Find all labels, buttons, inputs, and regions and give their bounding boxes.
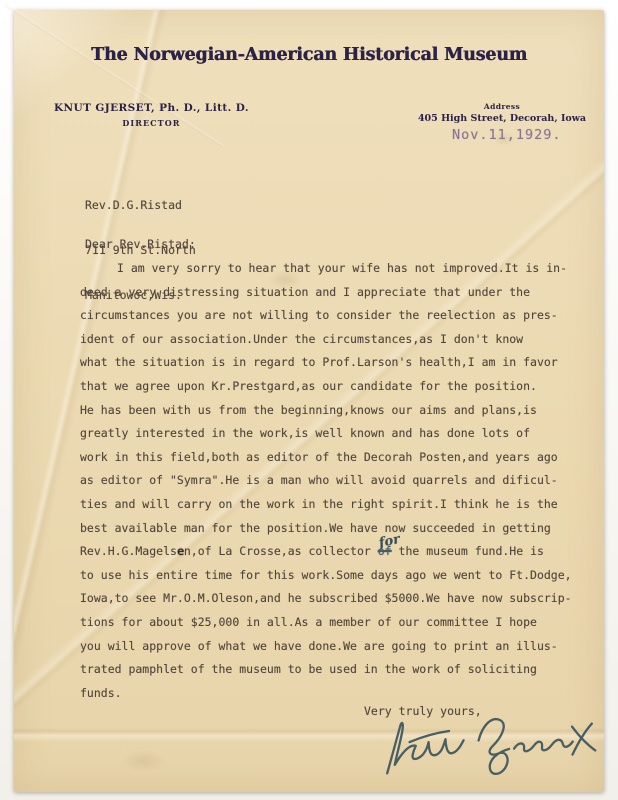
director-block: KNUT GJERSET, Ph. D., Litt. D. DIRECTOR [54,102,249,128]
line-text: the museum fund.He is [392,544,544,558]
body-line: that we agree upon Kr.Prestgard,as our c… [80,375,580,399]
recipient-line: Rev.D.G.Ristad [85,198,196,213]
director-title: DIRECTOR [54,118,249,128]
line-text: n,of La Crosse,as collector [184,544,378,558]
body-line: you will approve of what we have done.We… [80,635,580,659]
body-line: ties and will carry on the work in the r… [80,493,580,517]
body-line: Iowa,to see Mr.O.M.Oleson,and he subscri… [80,587,580,611]
body-line: I am very sorry to hear that your wife h… [80,257,580,281]
signature-handwriting [374,704,603,792]
body-line-with-correction: Rev.H.G.Magelsen,of La Crosse,as collect… [80,540,580,564]
body-line: trated pamphlet of the museum to be used… [80,658,580,682]
line-text: Rev.H.G.Magels [80,544,177,558]
body-line: deed a very distressing situation and I … [80,281,580,305]
address-value: 405 High Street, Decorah, Iowa [402,113,602,124]
address-block: Address 405 High Street, Decorah, Iowa N… [402,102,602,143]
body-line: as editor of "Symra".He is a man who wil… [80,469,580,493]
body-line: best available man for the position.We h… [80,517,580,541]
salutation: Dear Rev.Ristad: [85,237,196,251]
address-label: Address [402,102,602,111]
director-name: KNUT GJERSET, Ph. D., Litt. D. [54,102,249,114]
body-line: work in this field,both as editor of the… [80,446,580,470]
letter-paper: The Norwegian-American Historical Museum… [14,10,604,792]
typed-date: Nov.11,1929. [402,127,602,143]
body-line: greatly interested in the work,is well k… [80,422,580,446]
body-line: He has been with us from the beginning,k… [80,399,580,423]
letterhead-title: The Norwegian-American Historical Museum [14,45,604,65]
body-line: circumstances you are not willing to con… [80,304,580,328]
handwritten-word: for [377,528,403,555]
body-line: ident of our association.Under the circu… [80,328,580,352]
overstruck-character: e [177,544,184,558]
body-line: to use his entire time for this work.Som… [80,564,580,588]
body-line: what the situation is in regard to Prof.… [80,351,580,375]
letter-body: I am very sorry to hear that your wife h… [80,257,580,705]
body-line: tions for about $25,000 in all.As a memb… [80,611,580,635]
signature-svg [374,704,602,788]
body-line: funds. [80,682,580,706]
pen-correction: offor [378,540,392,564]
